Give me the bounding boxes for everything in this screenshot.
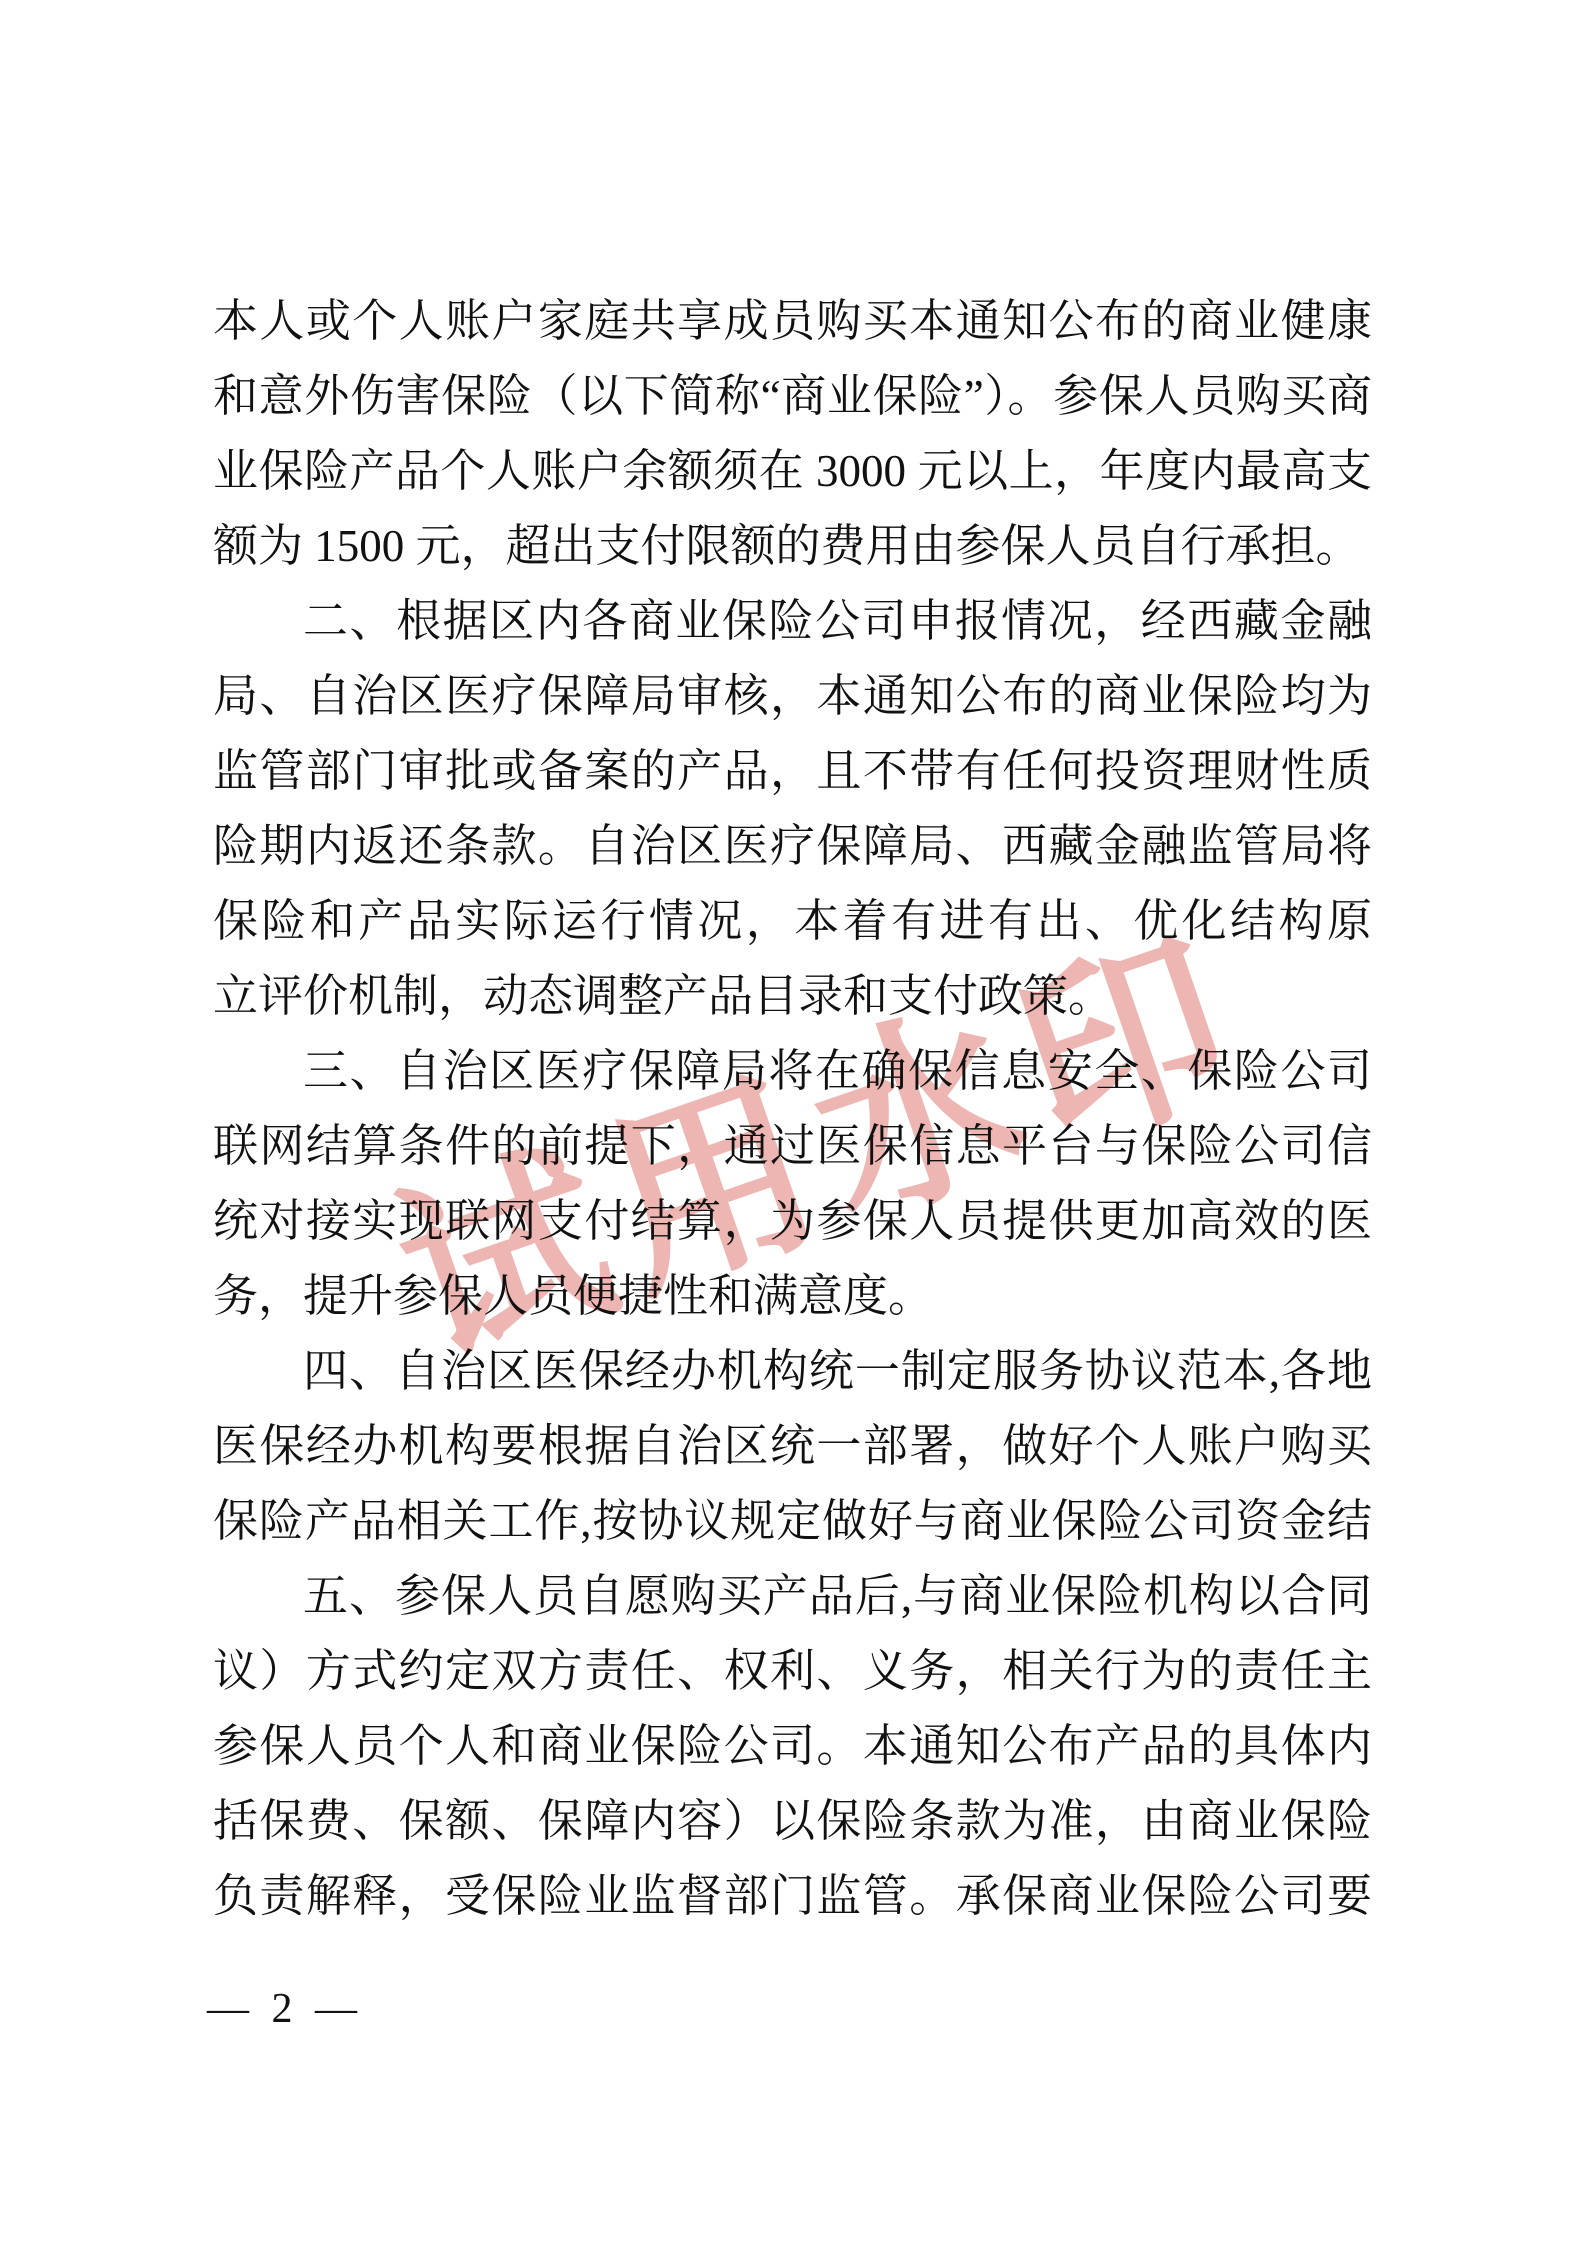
text-line: 四、自治区医保经办机构统一制定服务协议范本,各地（市） xyxy=(213,1334,1372,1409)
text-line: 统对接实现联网支付结算，为参保人员提供更加高效的医保服 xyxy=(213,1184,1372,1259)
text-line: 医保经办机构要根据自治区统一部署，做好个人账户购买商业 xyxy=(213,1409,1372,1484)
text-line: 议）方式约定双方责任、权利、义务，相关行为的责任主体为 xyxy=(213,1634,1372,1709)
text-line: 局、自治区医疗保障局审核，本通知公布的商业保险均为保险 xyxy=(213,659,1372,734)
text-line: 额为 1500 元，超出支付限额的费用由参保人员自行承担。 xyxy=(213,509,1372,584)
text-line: 和意外伤害保险（以下简称“商业保险”）。参保人员购买商 xyxy=(213,359,1372,434)
text-line: 保险和产品实际运行情况，本着有进有出、优化结构原则，建 xyxy=(213,884,1372,959)
text-line: 务，提升参保人员便捷性和满意度。 xyxy=(213,1259,1372,1334)
text-line: 三、自治区医疗保障局将在确保信息安全、保险公司满足 xyxy=(213,1034,1372,1109)
document-body: 本人或个人账户家庭共享成员购买本通知公布的商业健康保险和意外伤害保险（以下简称“… xyxy=(213,284,1372,1934)
text-line: 括保费、保额、保障内容）以保险条款为准，由商业保险机构 xyxy=(213,1784,1372,1859)
text-line: 负责解释，受保险业监督部门监管。承保商业保险公司要主动 xyxy=(213,1859,1372,1934)
text-line: 二、根据区内各商业保险公司申报情况，经西藏金融监管 xyxy=(213,584,1372,659)
document-page: 试用水印 本人或个人账户家庭共享成员购买本通知公布的商业健康保险和意外伤害保险（… xyxy=(0,0,1588,2245)
text-line: 立评价机制，动态调整产品目录和支付政策。 xyxy=(213,959,1372,1034)
text-line: 五、参保人员自愿购买产品后,与商业保险机构以合同（协 xyxy=(213,1559,1372,1634)
text-line: 业保险产品个人账户余额须在 3000 元以上，年度内最高支付限 xyxy=(213,434,1372,509)
page-number: — 2 — xyxy=(207,1988,363,2030)
text-line: 保险产品相关工作,按协议规定做好与商业保险公司资金结算。 xyxy=(213,1484,1372,1559)
text-line: 参保人员个人和商业保险公司。本通知公布产品的具体内容(包 xyxy=(213,1709,1372,1784)
text-line: 联网结算条件的前提下，通过医保信息平台与保险公司信息系 xyxy=(213,1109,1372,1184)
text-line: 监管部门审批或备案的产品，且不带有任何投资理财性质和保 xyxy=(213,734,1372,809)
text-line: 险期内返还条款。自治区医疗保障局、西藏金融监管局将根据 xyxy=(213,809,1372,884)
text-line: 本人或个人账户家庭共享成员购买本通知公布的商业健康保险 xyxy=(213,284,1372,359)
